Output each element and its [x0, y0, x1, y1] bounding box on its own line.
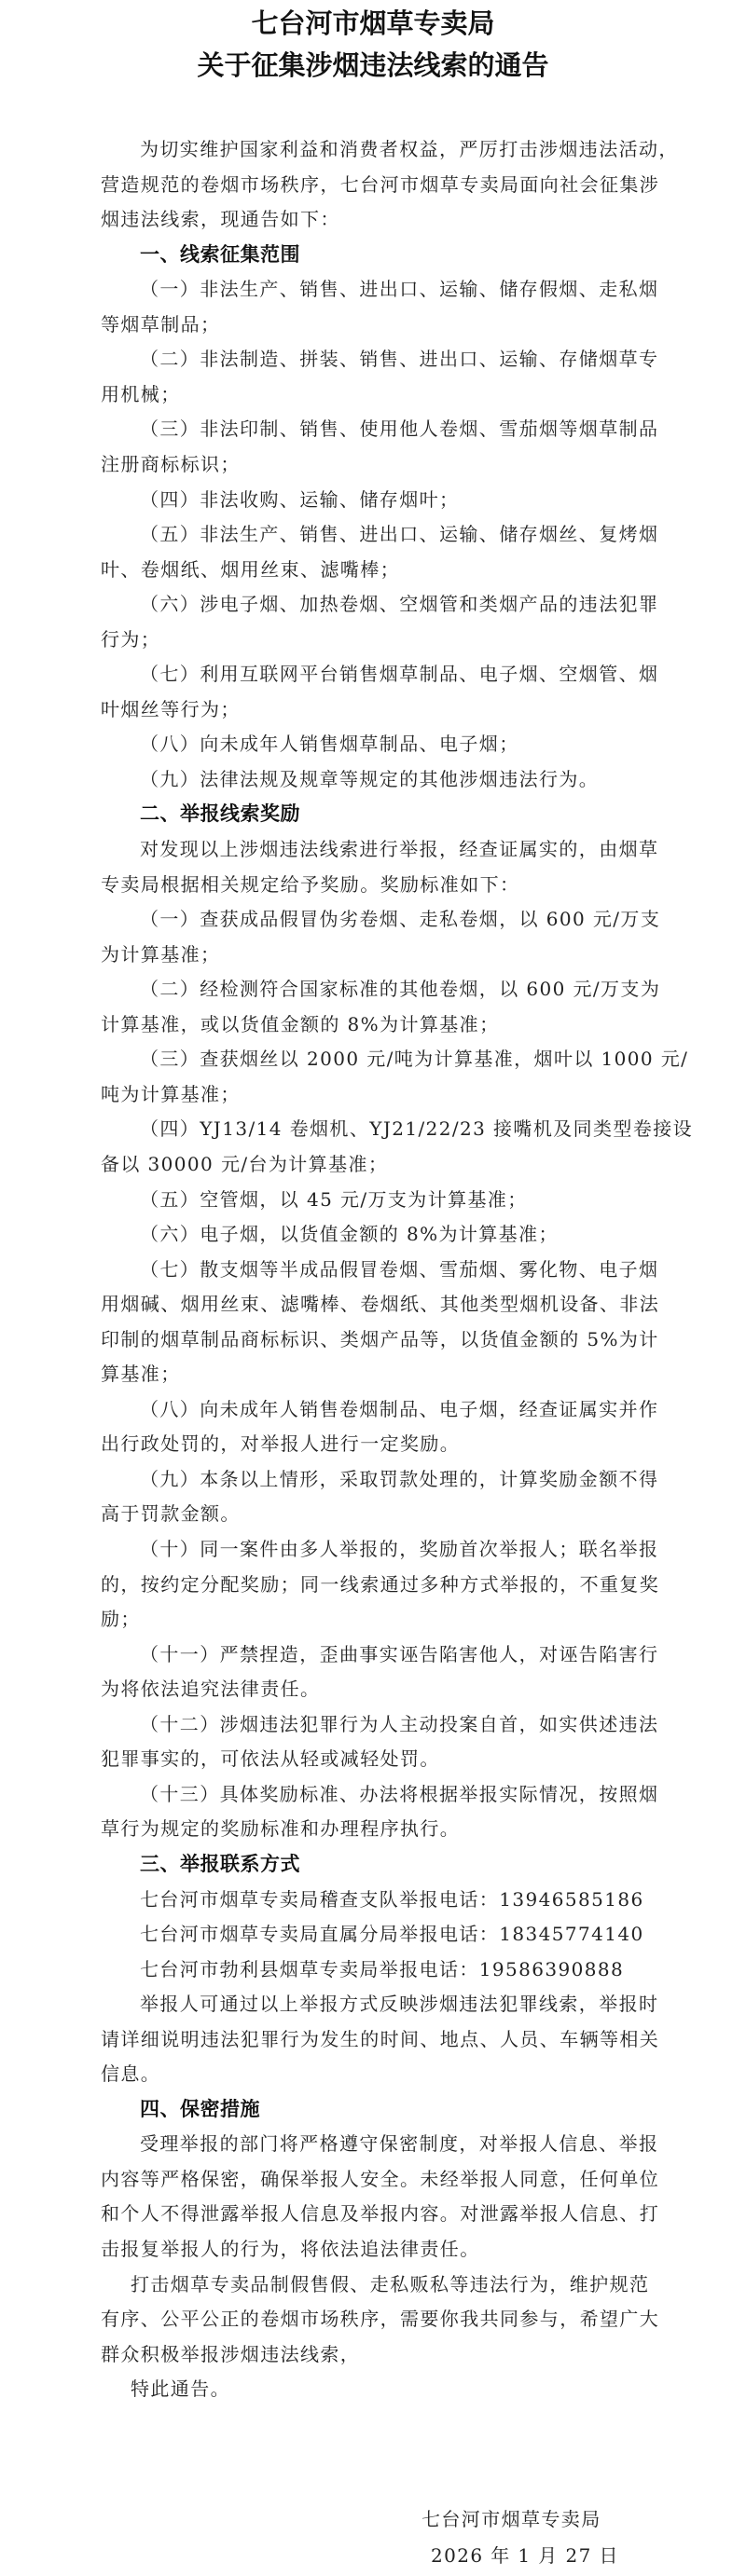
paragraph-first-line: （十）同一案件由多人举报的，奖励首次举报人；联名举报 [140, 1535, 658, 1563]
paragraph-first-line: （八）向未成年人销售烟草制品、电子烟； [140, 730, 519, 758]
document-title-line-1: 七台河市烟草专卖局 [0, 5, 746, 42]
paragraph-first-line: （四）YJ13/14 卷烟机、YJ21/22/23 接嘴机及同类型卷接设 [140, 1115, 693, 1143]
paragraph-first-line: 举报人可通过以上举报方式反映涉烟违法犯罪线索，举报时 [140, 1990, 658, 2018]
body-line: 草行为规定的奖励标准和办理程序执行。 [101, 1815, 460, 1843]
body-line: 算基准； [101, 1360, 181, 1388]
body-line: 用机械； [101, 380, 181, 408]
section-heading: 二、举报线索奖励 [140, 800, 300, 828]
paragraph-first-line: 七台河市勃利县烟草专卖局举报电话：19586390888 [140, 1955, 624, 1983]
body-line: 励； [101, 1605, 141, 1633]
paragraph-first-line: （十二）涉烟违法犯罪行为人主动投案自首，如实供述违法 [140, 1710, 658, 1738]
body-line: 等烟草制品； [101, 310, 220, 338]
body-line: 击报复举报人的行为，将依法追法律责任。 [101, 2235, 480, 2263]
body-line: 请详细说明违法犯罪行为发生的时间、地点、人员、车辆等相关 [101, 2025, 659, 2053]
body-line: 注册商标标识； [101, 450, 241, 478]
paragraph-first-line: （七）散支烟等半成品假冒卷烟、雪茄烟、雾化物、电子烟 [140, 1255, 658, 1283]
body-line: 和个人不得泄露举报人信息及举报内容。对泄露举报人信息、打 [101, 2199, 659, 2227]
body-line: 计算基准，或以货值金额的 8%为计算基准； [101, 1010, 500, 1038]
body-line: 专卖局根据相关规定给予奖励。奖励标准如下： [101, 870, 519, 898]
body-line: 吨为计算基准； [101, 1080, 241, 1108]
body-line: 犯罪事实的，可依法从轻或减轻处罚。 [101, 1745, 440, 1773]
body-line: 出行政处罚的，对举报人进行一定奖励。 [101, 1430, 460, 1458]
body-line: 备以 30000 元/台为计算基准； [101, 1150, 388, 1178]
paragraph-first-line: 对发现以上涉烟违法线索进行举报，经查证属实的，由烟草 [140, 835, 658, 863]
body-line: 用烟碱、烟用丝束、滤嘴棒、卷烟纸、其他类型烟机设备、非法 [101, 1290, 659, 1318]
paragraph-first-line: （七）利用互联网平台销售烟草制品、电子烟、空烟管、烟 [140, 660, 658, 688]
paragraph-first-line: 七台河市烟草专卖局稽查支队举报电话：13946585186 [140, 1885, 644, 1913]
document-title-line-2: 关于征集涉烟违法线索的通告 [0, 47, 746, 84]
body-line: 为计算基准； [101, 940, 220, 968]
paragraph-first-line: （六）涉电子烟、加热卷烟、空烟管和类烟产品的违法犯罪 [140, 590, 658, 618]
body-line: 信息。 [101, 2060, 160, 2088]
body-line: 为将依法追究法律责任。 [101, 1675, 320, 1703]
notice-document: 七台河市烟草专卖局 关于征集涉烟违法线索的通告 为切实维护国家利益和消费者权益，… [0, 0, 746, 2576]
paragraph-first-line: （三）非法印制、销售、使用他人卷烟、雪茄烟等烟草制品 [140, 415, 658, 443]
body-line: 有序、公平公正的卷烟市场秩序，需要你我共同参与，希望广大 [101, 2305, 659, 2333]
body-line: 的，按约定分配奖励；同一线索通过多种方式举报的，不重复奖 [101, 1570, 659, 1598]
body-line: 叶烟丝等行为； [101, 695, 241, 723]
body-line: 群众积极举报涉烟违法线索， [101, 2340, 360, 2368]
paragraph-first-line: 为切实维护国家利益和消费者权益，严厉打击涉烟违法活动， [140, 135, 679, 163]
paragraph-first-line: （四）非法收购、运输、储存烟叶； [140, 486, 459, 514]
body-line: 内容等严格保密，确保举报人安全。未经举报人同意，任何单位 [101, 2165, 659, 2193]
paragraph-first-line: （十三）具体奖励标准、办法将根据举报实际情况，按照烟 [140, 1780, 658, 1808]
body-line: 叶、卷烟纸、烟用丝束、滤嘴棒； [101, 555, 400, 583]
signature-organization: 七台河市烟草专卖局 [421, 2505, 601, 2533]
paragraph-first-line: （五）空管烟，以 45 元/万支为计算基准； [140, 1185, 528, 1213]
paragraph-first-line: （九）本条以上情形，采取罚款处理的，计算奖励金额不得 [140, 1465, 658, 1493]
section-heading: 一、线索征集范围 [140, 240, 300, 268]
body-line: 营造规范的卷烟市场秩序，七台河市烟草专卖局面向社会征集涉 [101, 171, 659, 199]
signature-date: 2026 年 1 月 27 日 [431, 2542, 619, 2569]
body-line: 烟违法线索，现通告如下： [101, 205, 340, 233]
body-line: 高于罚款金额。 [101, 1500, 241, 1528]
body-line: 行为； [101, 625, 160, 653]
paragraph-first-line: （二）非法制造、拼装、销售、进出口、运输、存储烟草专 [140, 345, 658, 373]
paragraph-first-line: （一）查获成品假冒伪劣卷烟、走私卷烟，以 600 元/万支 [140, 905, 660, 933]
body-line: 印制的烟草制品商标标识、类烟产品等，以货值金额的 5%为计 [101, 1325, 659, 1353]
paragraph-first-line: （十一）严禁捏造，歪曲事实诬告陷害他人，对诬告陷害行 [140, 1640, 658, 1668]
paragraph-first-line: 七台河市烟草专卖局直属分局举报电话：18345774140 [140, 1920, 644, 1948]
section-heading: 三、举报联系方式 [140, 1850, 300, 1878]
paragraph-first-line: （六）电子烟，以货值金额的 8%为计算基准； [140, 1220, 559, 1248]
paragraph-first-line: （二）经检测符合国家标准的其他卷烟，以 600 元/万支为 [140, 975, 660, 1003]
paragraph-first-line: （三）查获烟丝以 2000 元/吨为计算基准，烟叶以 1000 元/ [140, 1045, 688, 1073]
paragraph-first-line: 受理举报的部门将严格遵守保密制度，对举报人信息、举报 [140, 2130, 658, 2158]
section-heading: 四、保密措施 [140, 2095, 260, 2123]
paragraph-first-line: （五）非法生产、销售、进出口、运输、储存烟丝、复烤烟 [140, 520, 658, 548]
paragraph-first-line: 打击烟草专卖品制假售假、走私贩私等违法行为，维护规范 [131, 2270, 649, 2298]
paragraph-first-line: （八）向未成年人销售卷烟制品、电子烟，经查证属实并作 [140, 1395, 658, 1423]
paragraph-first-line: （九）法律法规及规章等规定的其他涉烟违法行为。 [140, 765, 599, 793]
paragraph-first-line: （一）非法生产、销售、进出口、运输、储存假烟、走私烟 [140, 275, 658, 303]
paragraph-first-line: 特此通告。 [131, 2375, 230, 2403]
